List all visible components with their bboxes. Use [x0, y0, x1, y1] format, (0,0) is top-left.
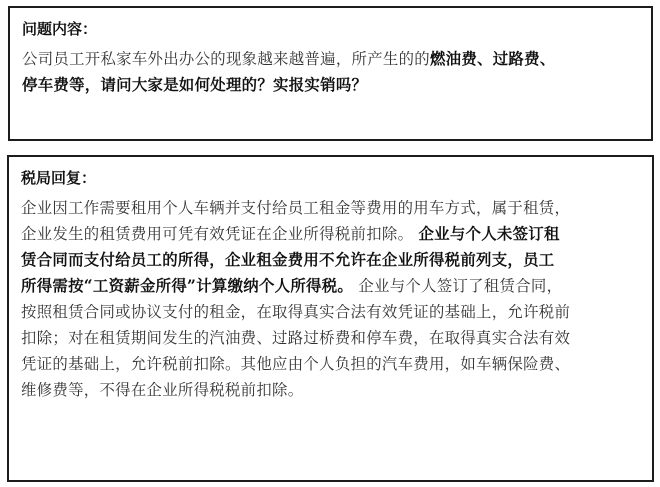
- answer-text: 企业因工作需要租用个人车辆并支付给员工租金等费用的用车方式，属于租赁，: [21, 199, 570, 217]
- answer-text: 扣除；对在租赁期间发生的汽油费、过路过桥费和停车费，在取得真实合法有效: [21, 329, 570, 347]
- answer-line: 维修费等，不得在企业所得税税前扣除。: [21, 377, 642, 403]
- answer-line: 企业因工作需要租用个人车辆并支付给员工租金等费用的用车方式，属于租赁，: [21, 195, 642, 221]
- answer-text: 维修费等，不得在企业所得税税前扣除。: [21, 381, 303, 399]
- answer-text-bold: 赁合同而支付给员工的所得，企业租金费用不允许在企业所得税前列支，员工: [21, 251, 554, 269]
- answer-line: 所得需按“工资薪金所得”计算缴纳个人所得税。 企业与个人签订了租赁合同，: [21, 273, 642, 299]
- answer-text: 凭证的基础上，允许税前扣除。其他应由个人负担的汽车费用，如车辆保险费、: [21, 355, 570, 373]
- question-box: 问题内容： 公司员工开私家车外出办公的现象越来越普遍，所产生的的燃油费、过路费、…: [8, 6, 653, 141]
- answer-heading: 税局回复：: [21, 167, 642, 189]
- answer-text: 企业与个人签订了租赁合同，: [353, 277, 562, 295]
- answer-body: 企业因工作需要租用个人车辆并支付给员工租金等费用的用车方式，属于租赁， 企业发生…: [21, 195, 642, 403]
- answer-line: 赁合同而支付给员工的所得，企业租金费用不允许在企业所得税前列支，员工: [21, 247, 642, 273]
- question-text-bold: 停车费等，请问大家是如何处理的？实报实销吗？: [22, 76, 367, 94]
- question-text: 公司员工开私家车外出办公的现象越来越普遍，所产生的的: [22, 50, 430, 68]
- question-body: 公司员工开私家车外出办公的现象越来越普遍，所产生的的燃油费、过路费、 停车费等，…: [22, 46, 641, 98]
- question-line: 公司员工开私家车外出办公的现象越来越普遍，所产生的的燃油费、过路费、: [22, 46, 641, 72]
- answer-line: 企业发生的租赁费用可凭有效凭证在企业所得税前扣除。 企业与个人未签订租: [21, 221, 642, 247]
- answer-line: 凭证的基础上，允许税前扣除。其他应由个人负担的汽车费用，如车辆保险费、: [21, 351, 642, 377]
- question-line: 停车费等，请问大家是如何处理的？实报实销吗？: [22, 72, 641, 98]
- answer-text-bold: 企业与个人未签订租: [418, 225, 559, 243]
- question-heading: 问题内容：: [22, 18, 641, 40]
- answer-text-bold: 所得需按“工资薪金所得”计算缴纳个人所得税。: [21, 277, 353, 295]
- answer-text: 企业发生的租赁费用可凭有效凭证在企业所得税前扣除。: [21, 225, 418, 243]
- answer-line: 扣除；对在租赁期间发生的汽油费、过路过桥费和停车费，在取得真实合法有效: [21, 325, 642, 351]
- answer-text: 按照租赁合同或协议支付的租金，在取得真实合法有效凭证的基础上，允许税前: [21, 303, 570, 321]
- question-text-bold: 燃油费、过路费、: [430, 50, 556, 68]
- answer-box: 税局回复： 企业因工作需要租用个人车辆并支付给员工租金等费用的用车方式，属于租赁…: [7, 155, 654, 482]
- answer-line: 按照租赁合同或协议支付的租金，在取得真实合法有效凭证的基础上，允许税前: [21, 299, 642, 325]
